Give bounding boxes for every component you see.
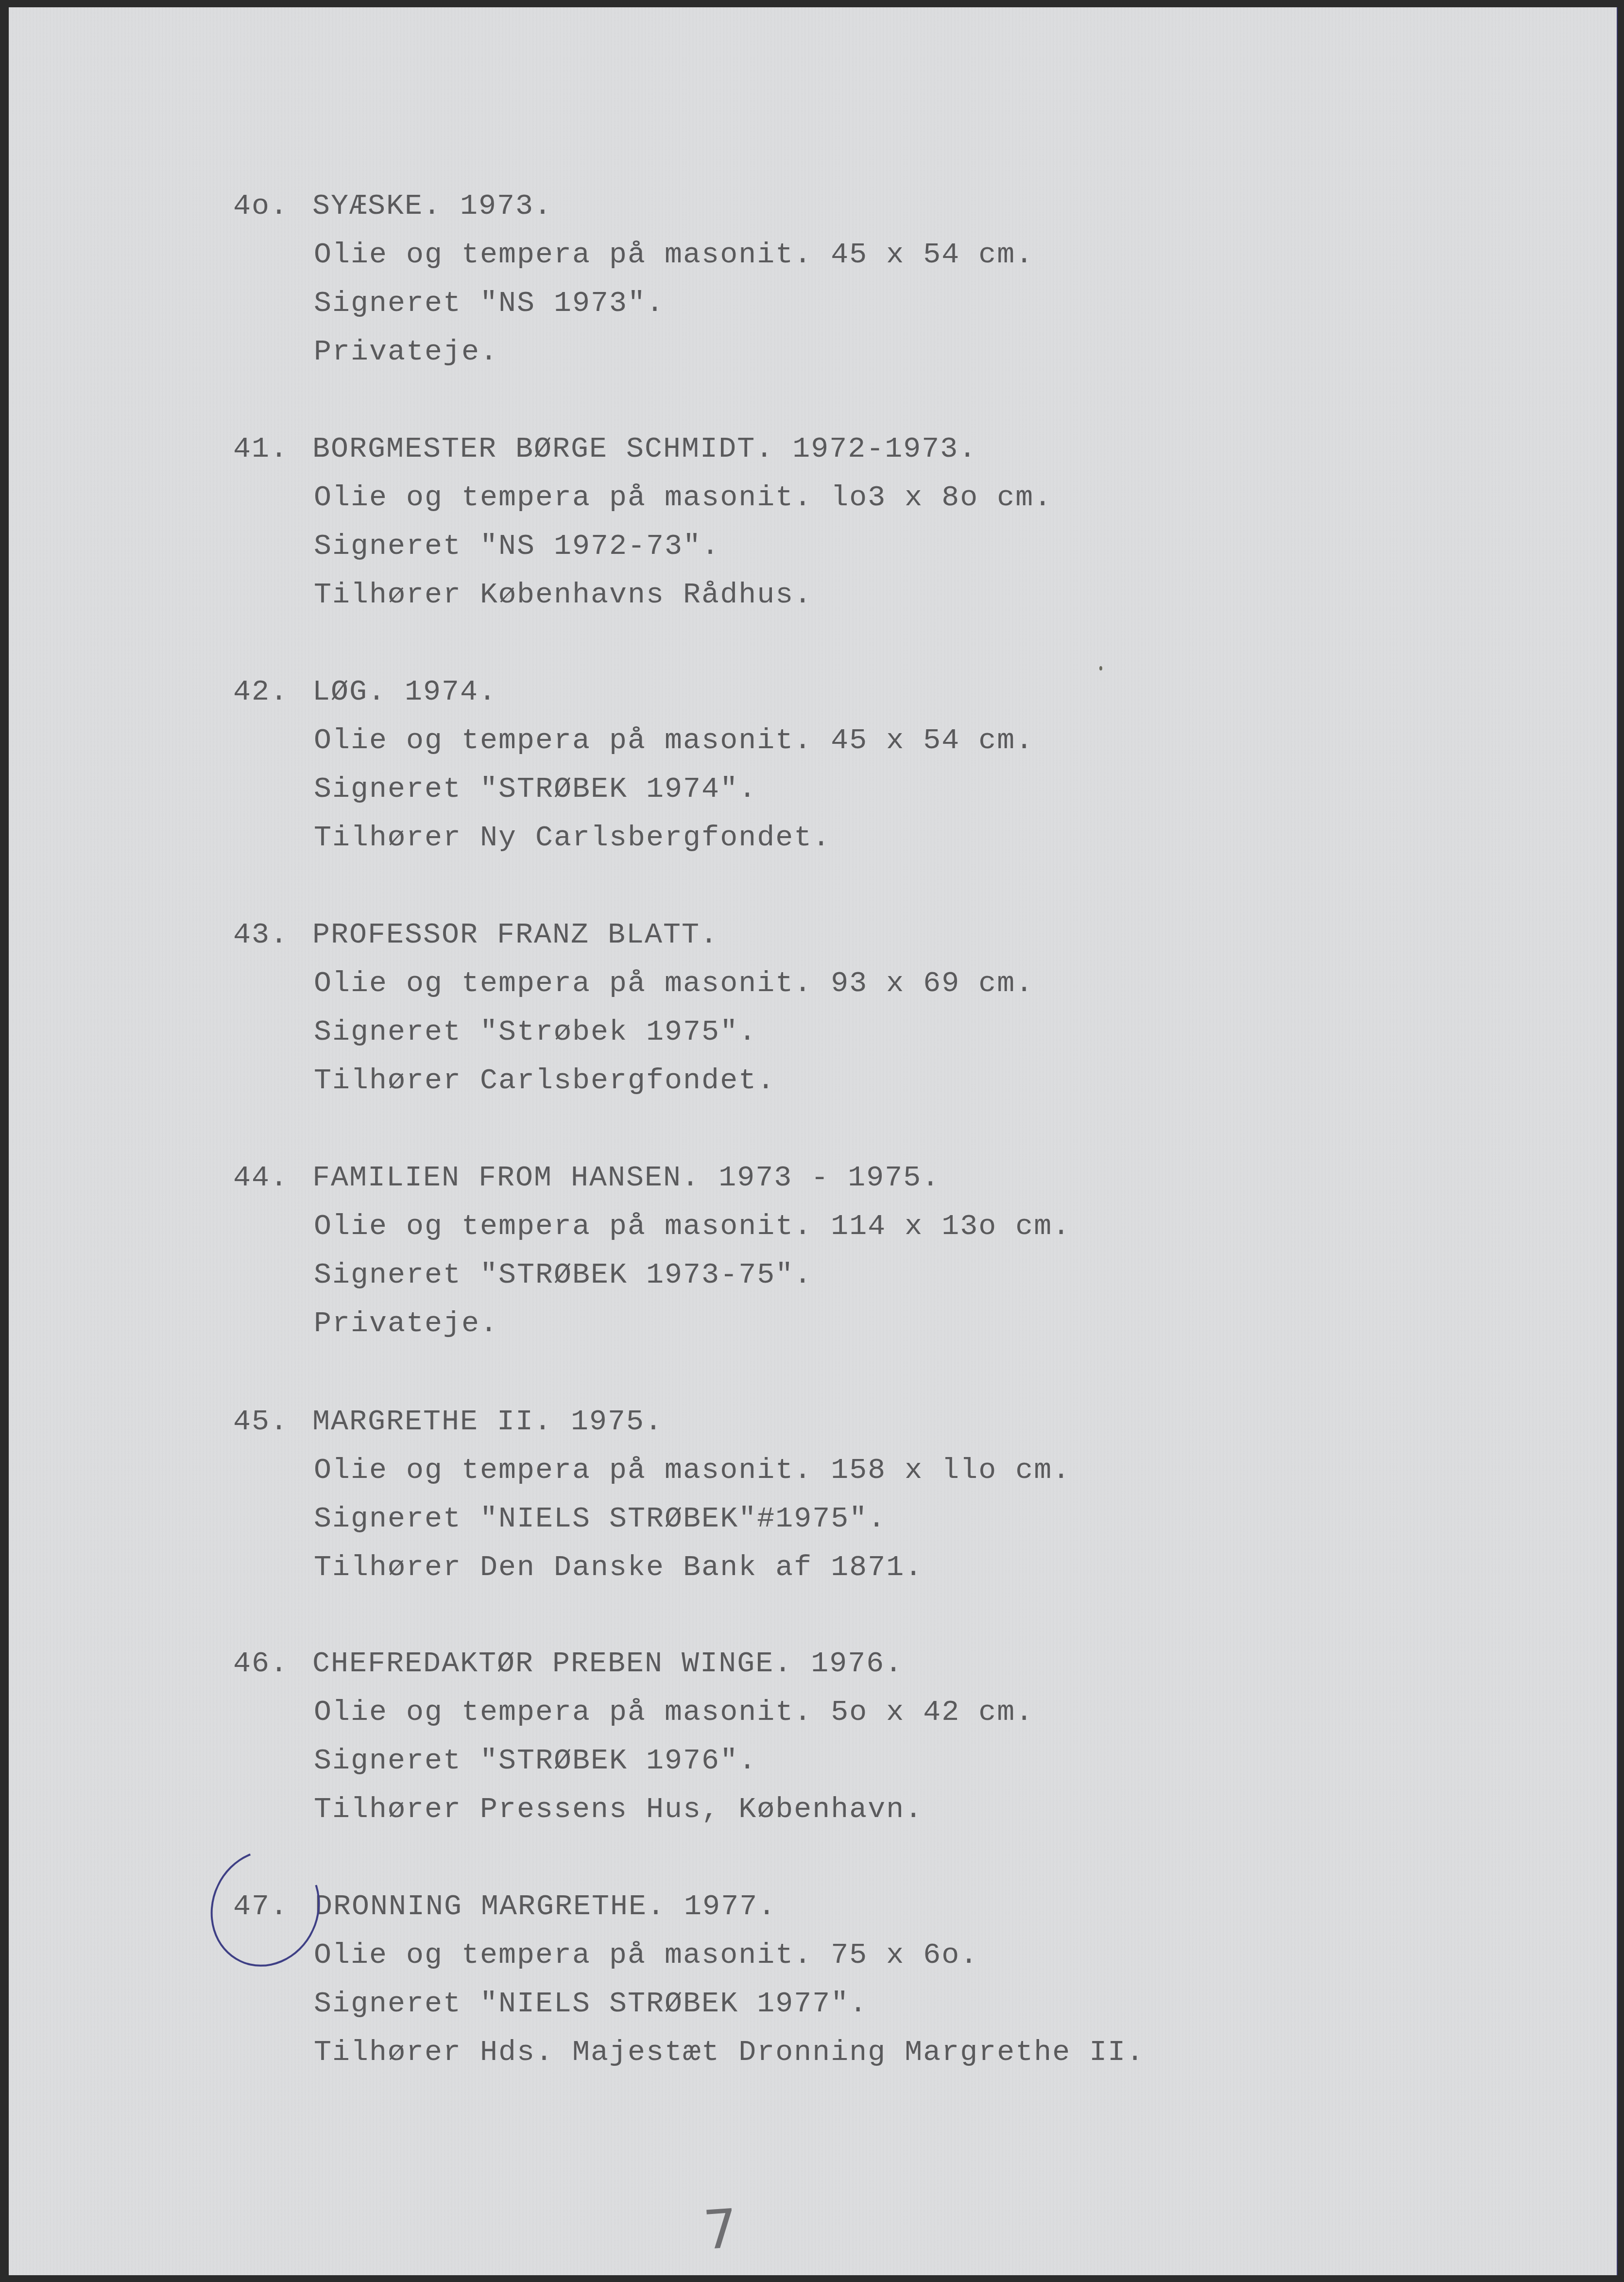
entry-medium: Olie og tempera på masonit. 45 x 54 cm.: [314, 726, 1034, 755]
entry-signature: Signeret "Strøbek 1975".: [314, 1018, 757, 1047]
entry-medium: Olie og tempera på masonit. 75 x 6o.: [314, 1941, 978, 1970]
entry-signature: Signeret "NIELS STRØBEK 1977".: [314, 1990, 868, 2019]
entry-medium: Olie og tempera på masonit. 114 x 13o cm…: [314, 1212, 1071, 1241]
entry-number: 42.: [233, 678, 289, 707]
entry-title: LØG. 1974.: [312, 678, 497, 707]
entry-title: CHEFREDAKTØR PREBEN WINGE. 1976.: [312, 1649, 903, 1679]
entry-signature: Signeret "STRØBEK 1974".: [314, 775, 757, 804]
entry-title: DRONNING MARGRETHE. 1977.: [315, 1892, 776, 1922]
entry-owner: Tilhører Ny Carlsbergfondet.: [314, 824, 831, 853]
entry-owner: Tilhører Københavns Rådhus.: [314, 581, 812, 610]
entry-title: FAMILIEN FROM HANSEN. 1973 - 1975.: [312, 1164, 940, 1193]
entry-owner: Tilhører Den Danske Bank af 1871.: [314, 1553, 923, 1582]
entry-number: 41.: [233, 435, 289, 464]
entry-title: MARGRETHE II. 1975.: [312, 1407, 663, 1437]
entry-signature: Signeret "STRØBEK 1973-75".: [314, 1261, 812, 1290]
entry-number: 45.: [233, 1407, 289, 1437]
entry-title: PROFESSOR FRANZ BLATT.: [312, 921, 718, 950]
document-page: 4o. SYÆSKE. 1973. Olie og tempera på mas…: [9, 7, 1618, 2275]
entry-owner: Tilhører Hds. Majestæt Dronning Margreth…: [314, 2038, 1145, 2067]
entry-owner: Tilhører Carlsbergfondet.: [314, 1066, 775, 1096]
entry-signature: Signeret "NIELS STRØBEK"#1975".: [314, 1505, 886, 1534]
entry-signature: Signeret "NS 1973".: [314, 289, 665, 318]
entry-number: 43.: [233, 921, 289, 950]
entry-number: 4o.: [233, 192, 289, 221]
entry-signature: Signeret "NS 1972-73".: [314, 532, 720, 561]
entry-title: BORGMESTER BØRGE SCHMIDT. 1972-1973.: [312, 435, 977, 464]
entry-medium: Olie og tempera på masonit. 93 x 69 cm.: [314, 969, 1034, 998]
entry-number: 44.: [233, 1164, 289, 1193]
entry-number: 46.: [233, 1649, 289, 1679]
entry-medium: Olie og tempera på masonit. 5o x 42 cm.: [314, 1698, 1034, 1727]
entry-title: SYÆSKE. 1973.: [312, 192, 552, 221]
paper-speck: [1099, 666, 1102, 670]
entry-medium: Olie og tempera på masonit. lo3 x 8o cm.: [314, 483, 1052, 513]
entry-owner: Privateje.: [314, 1309, 498, 1338]
entry-owner: Tilhører Pressens Hus, København.: [314, 1795, 923, 1824]
handwritten-page-number: 7: [701, 2197, 740, 2262]
entry-signature: Signeret "STRØBEK 1976".: [314, 1747, 757, 1776]
entry-owner: Privateje.: [314, 338, 498, 367]
entry-medium: Olie og tempera på masonit. 45 x 54 cm.: [314, 240, 1034, 270]
entry-medium: Olie og tempera på masonit. 158 x llo cm…: [314, 1456, 1071, 1485]
